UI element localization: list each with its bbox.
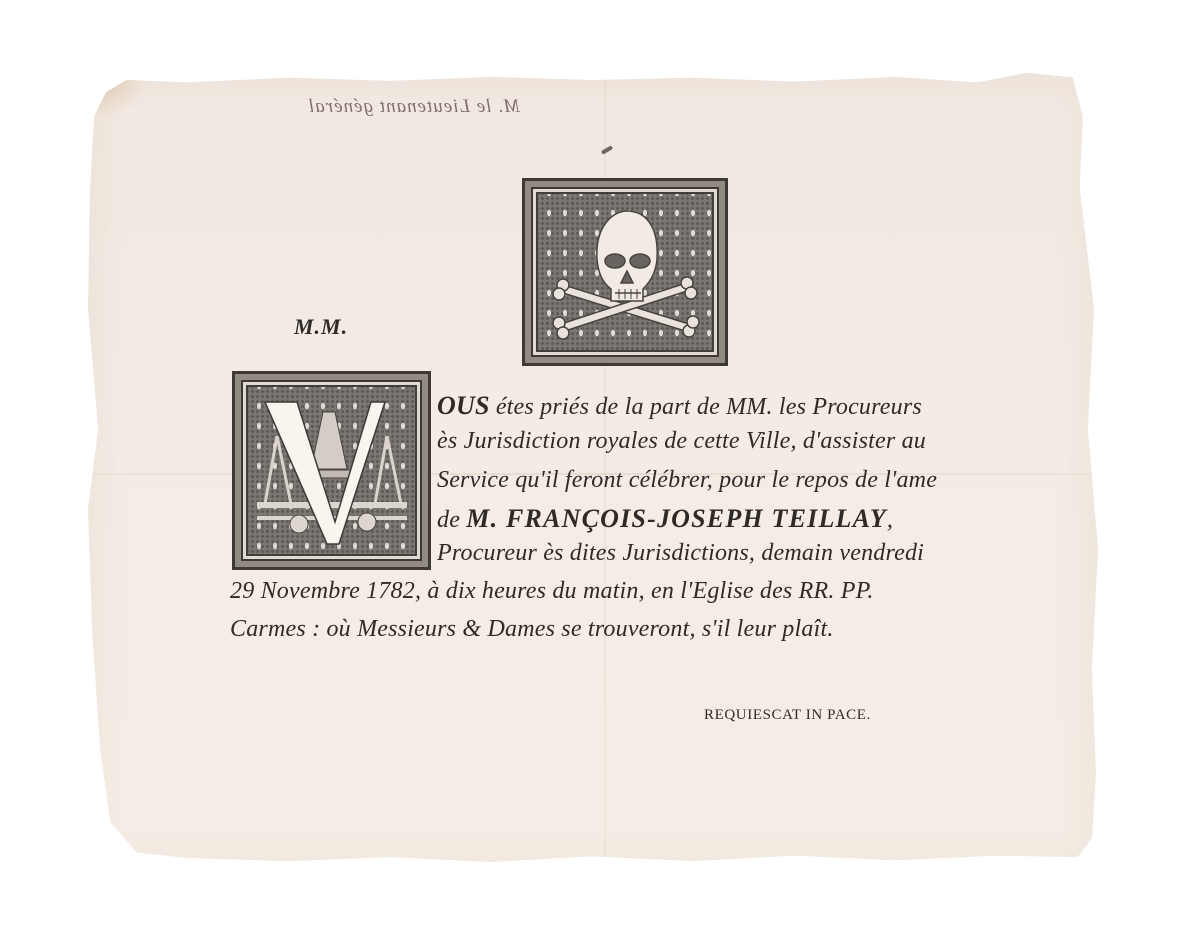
- paper-stain: [86, 68, 146, 118]
- body-line-1: OUS étes priés de la part de MM. les Pro…: [437, 391, 922, 421]
- drop-cap-woodcut-icon: [232, 371, 431, 570]
- body-line-3: Service qu'il feront célébrer, pour le r…: [437, 467, 937, 494]
- body-line-2: ès Jurisdiction royales de cette Ville, …: [437, 428, 926, 455]
- salutation: M.M.: [294, 314, 348, 340]
- skull-crossbones-woodcut-icon: [522, 178, 728, 366]
- body-line-7: Carmes : où Messieurs & Dames se trouver…: [230, 616, 834, 643]
- closing-requiescat: Requiescat in pace.: [704, 707, 871, 724]
- skull-icon: [525, 181, 725, 363]
- paper-sheet: M. le Lieutenant général: [86, 68, 1098, 870]
- ink-mark: [601, 145, 613, 154]
- body-line-4-deceased-name: de M. FRANÇOIS-JOSEPH TEILLAY,: [437, 504, 893, 534]
- letter-v-icon: [235, 374, 428, 567]
- deceased-name: M. FRANÇOIS-JOSEPH TEILLAY: [466, 504, 887, 533]
- body-line-6-date-place: 29 Novembre 1782, à dix heures du matin,…: [230, 578, 874, 605]
- handwritten-bleedthrough-note: M. le Lieutenant général: [308, 96, 520, 118]
- body-line-5: Procureur ès dites Jurisdictions, demain…: [437, 540, 924, 567]
